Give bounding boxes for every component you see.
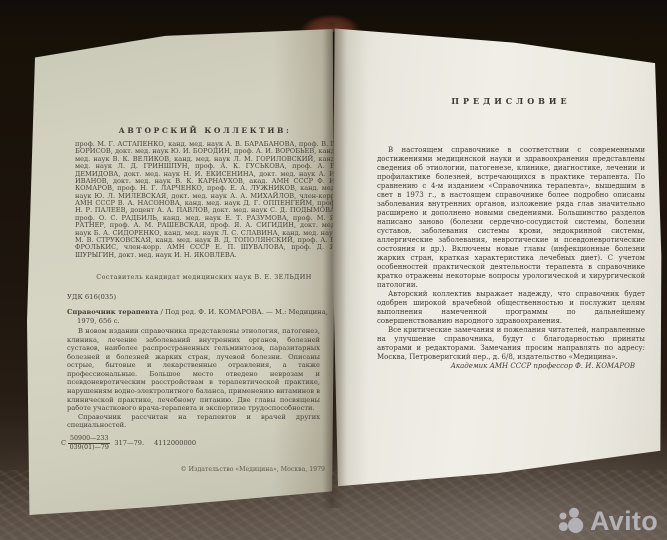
copyright-line: © Издательство «Медицина», Москва, 1979	[67, 466, 325, 473]
preface-signature: Академик АМН СССР профессор Ф. И. КОМАРО…	[377, 362, 645, 371]
bibliographic-entry: Справочник терапевта / Под ред. Ф. И. КО…	[67, 308, 329, 326]
book-title: Справочник терапевта	[67, 308, 158, 316]
preface-heading: ПРЕДИСЛОВИЕ	[376, 96, 646, 106]
authors-heading: АВТОРСКИЙ КОЛЛЕКТИВ:	[73, 126, 337, 135]
print-code-isbn: 4112000000	[154, 439, 196, 447]
print-code-numerator: 50900—233	[68, 435, 110, 444]
print-code-edition: 317—79.	[114, 439, 144, 447]
book-photo: АВТОРСКИЙ КОЛЛЕКТИВ: проф. М. Г. АСТАПЕН…	[0, 0, 667, 540]
print-code: С 50900—233 039(01)—79 317—79. 411200000…	[61, 435, 196, 451]
print-code-prefix: С	[61, 439, 66, 447]
compiler-line: Составитель кандидат медицинских наук В.…	[71, 273, 337, 281]
avito-watermark: Avito	[557, 507, 658, 535]
annotation-paragraph: В новом издании справочника представлены…	[67, 327, 320, 413]
udc-code: УДК 616(035)	[67, 293, 116, 301]
avito-wordmark: Avito	[590, 508, 658, 535]
annotation-paragraph: Справочник рассчитан на терапевтов и вра…	[67, 413, 320, 430]
authors-list: проф. М. Г. АСТАПЕНКО, канд. мед. наук А…	[75, 141, 337, 259]
avito-logo-icon	[557, 507, 585, 535]
annotation: В новом издании справочника представлены…	[67, 327, 320, 430]
preface-paragraph: В настоящем справочнике в соответствии с…	[377, 146, 645, 290]
left-page: АВТОРСКИЙ КОЛЛЕКТИВ: проф. М. Г. АСТАПЕН…	[27, 26, 334, 518]
right-page: ПРЕДИСЛОВИЕ В настоящем справочнике в со…	[332, 22, 663, 490]
print-code-denominator: 039(01)—79	[68, 444, 110, 451]
print-code-fraction: 50900—233 039(01)—79	[68, 435, 110, 451]
preface-paragraph: Все критические замечания и пожелания чи…	[377, 326, 645, 362]
preface-paragraph: Авторский коллектив выражает надежду, чт…	[377, 290, 645, 326]
preface-text: В настоящем справочнике в соответствии с…	[377, 146, 645, 371]
